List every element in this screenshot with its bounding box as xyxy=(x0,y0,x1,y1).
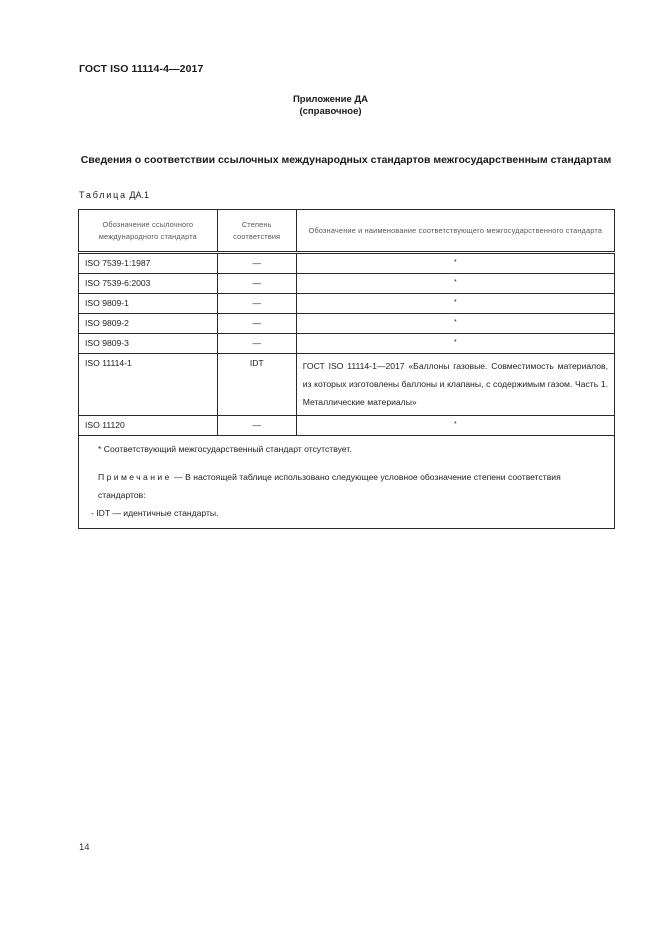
cell-interstate: * xyxy=(296,416,614,436)
table-row: ISO 9809-1 — * xyxy=(79,294,615,314)
cell-degree: — xyxy=(217,253,296,274)
cell-interstate: * xyxy=(296,274,614,294)
cell-international: ISO 11114-1 xyxy=(79,354,218,416)
annex-type: (справочное) xyxy=(0,106,661,118)
table-caption-word: Таблица xyxy=(79,190,127,200)
cell-interstate: * xyxy=(296,314,614,334)
cell-degree: — xyxy=(217,416,296,436)
cell-interstate: ГОСТ ISO 11114-1—2017 «Баллоны газовые. … xyxy=(296,354,614,416)
cell-international: ISO 11120 xyxy=(79,416,218,436)
cell-interstate: * xyxy=(296,334,614,354)
table-note: Примечание — В настоящей таблице использ… xyxy=(85,468,608,504)
table-row: ISO 9809-3 — * xyxy=(79,334,615,354)
column-header-interstate: Обозначение и наименование соответствующ… xyxy=(296,210,614,253)
cell-international: ISO 9809-3 xyxy=(79,334,218,354)
table-notes-row: * Соответствующий межгосударственный ста… xyxy=(79,436,615,529)
cell-degree: — xyxy=(217,314,296,334)
table-footnote: * Соответствующий межгосударственный ста… xyxy=(85,440,608,458)
page-number: 14 xyxy=(79,842,90,853)
cell-interstate: * xyxy=(296,253,614,274)
document-code: ГОСТ ISO 11114-4—2017 xyxy=(79,63,203,75)
annex-title: Сведения о соответствии ссылочных междун… xyxy=(78,154,614,167)
cell-degree: IDT xyxy=(217,354,296,416)
cell-degree: — xyxy=(217,334,296,354)
cell-interstate: * xyxy=(296,294,614,314)
table-header-row: Обозначение ссылочного международного ст… xyxy=(79,210,615,253)
cell-degree: — xyxy=(217,294,296,314)
table-row: ISO 9809-2 — * xyxy=(79,314,615,334)
cell-degree: — xyxy=(217,274,296,294)
cell-international: ISO 9809-2 xyxy=(79,314,218,334)
table-row: ISO 11120 — * xyxy=(79,416,615,436)
table-caption-number: ДА.1 xyxy=(129,190,149,200)
cell-international: ISO 7539-1:1987 xyxy=(79,253,218,274)
note-label: Примечание xyxy=(98,472,172,482)
table-row: ISO 11114-1 IDT ГОСТ ISO 11114-1—2017 «Б… xyxy=(79,354,615,416)
note-item: - IDT — идентичные стандарты. xyxy=(85,504,608,522)
standards-table: Обозначение ссылочного международного ст… xyxy=(78,209,615,529)
table-row: ISO 7539-1:1987 — * xyxy=(79,253,615,274)
note-spacer xyxy=(85,458,608,468)
table-caption: Таблица ДА.1 xyxy=(79,190,149,200)
table-notes: * Соответствующий межгосударственный ста… xyxy=(79,436,615,529)
column-header-international: Обозначение ссылочного международного ст… xyxy=(79,210,218,253)
annex-heading: Приложение ДА (справочное) xyxy=(0,94,661,118)
cell-international: ISO 7539-6:2003 xyxy=(79,274,218,294)
annex-label: Приложение ДА xyxy=(0,94,661,106)
cell-international: ISO 9809-1 xyxy=(79,294,218,314)
table-row: ISO 7539-6:2003 — * xyxy=(79,274,615,294)
column-header-degree: Степень соответствия xyxy=(217,210,296,253)
